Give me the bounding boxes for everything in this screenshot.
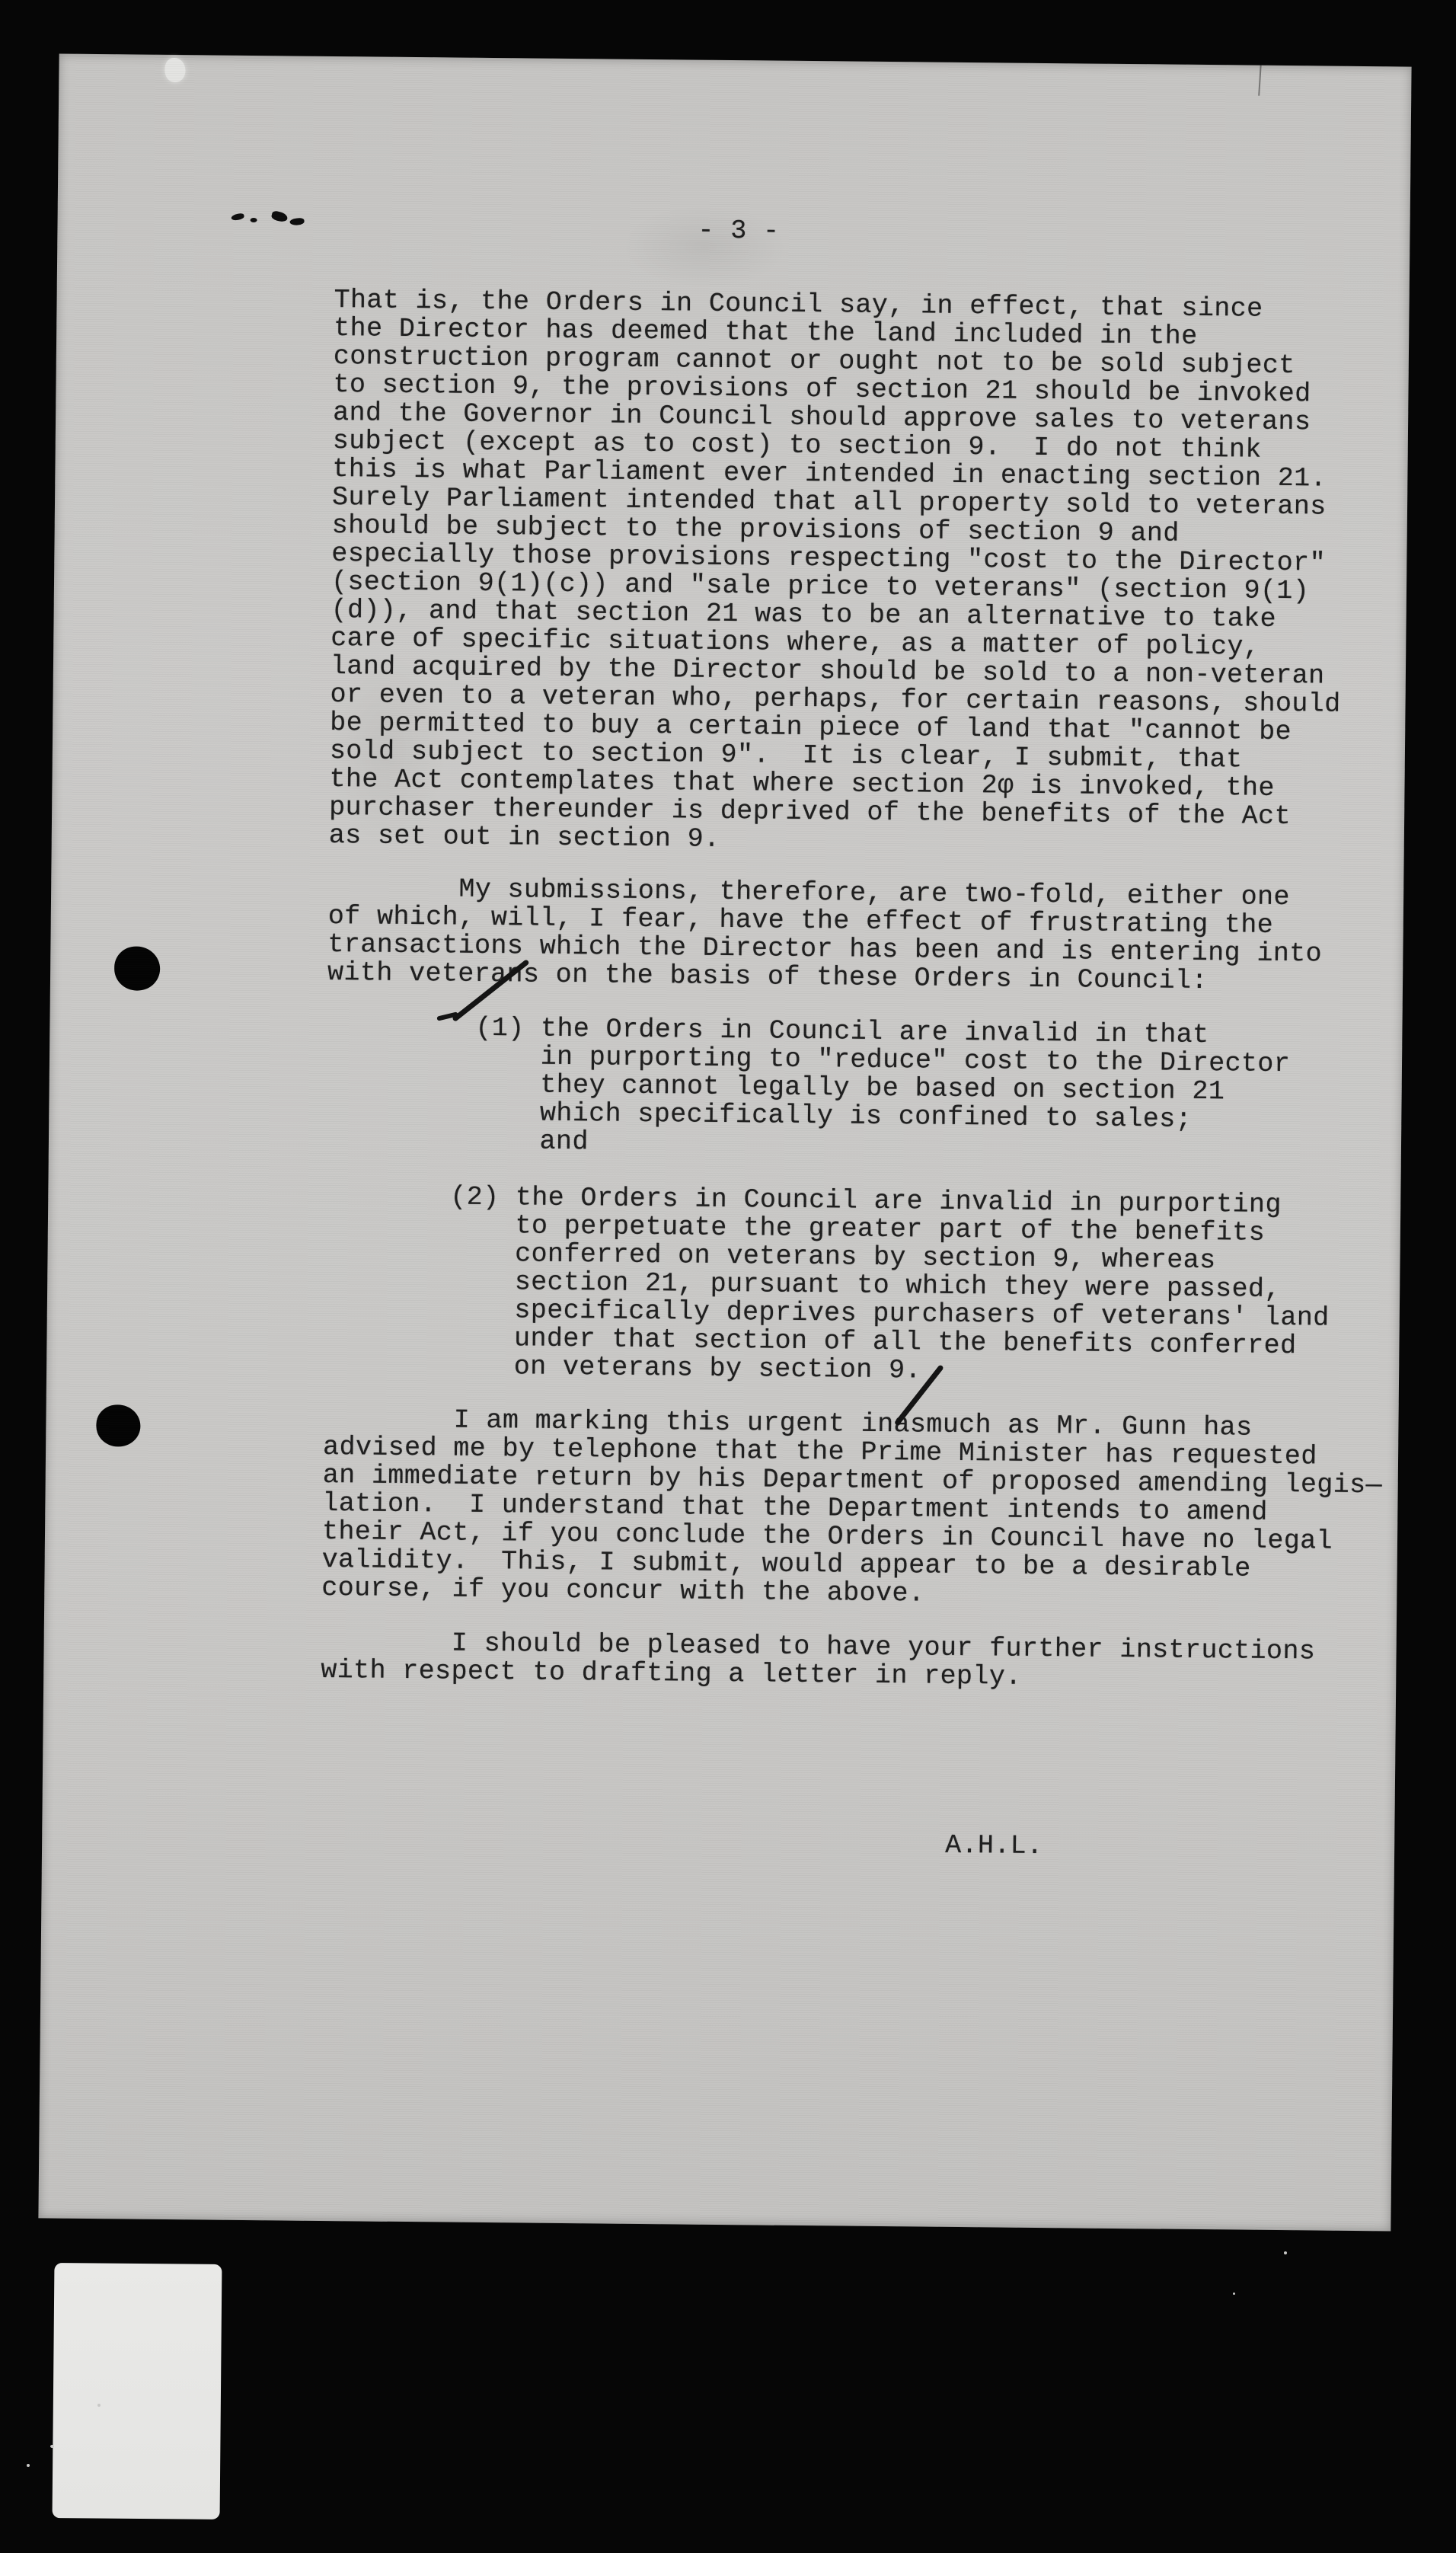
document-page: - 3 - That is, the Orders in Council say… xyxy=(38,54,1411,2232)
paragraph-orders-in-council: That is, the Orders in Council say, in e… xyxy=(329,286,1345,860)
ink-smudge xyxy=(289,218,305,226)
dust-speck xyxy=(50,2445,54,2448)
ink-smudge xyxy=(251,218,257,222)
ink-smudge xyxy=(270,210,288,223)
list-item-2: (2) the Orders in Council are invalid in… xyxy=(449,1184,1330,1389)
dust-speck xyxy=(1233,2293,1235,2295)
paper-bright-spot xyxy=(164,58,185,82)
paragraph-marking-urgent: I am marking this urgent inasmuch as Mr.… xyxy=(321,1405,1383,1612)
dust-speck xyxy=(27,2464,30,2467)
white-label-card xyxy=(53,2263,222,2519)
list-item-1: (1) the Orders in Council are invalid in… xyxy=(474,1014,1291,1163)
dust-speck xyxy=(97,2404,101,2407)
page-number: - 3 - xyxy=(698,217,779,246)
hole-punch-dot xyxy=(114,946,161,991)
ink-smudge xyxy=(231,212,244,221)
typed-initials: A.H.L. xyxy=(945,1832,1043,1861)
scan-scratch xyxy=(1258,66,1261,96)
paragraph-closing: I should be pleased to have your further… xyxy=(321,1628,1315,1695)
hole-punch-dot xyxy=(96,1404,141,1447)
dust-speck xyxy=(1284,2251,1287,2254)
paragraph-my-submissions: My submissions, therefore, are two-fold,… xyxy=(327,874,1323,997)
document-body: That is, the Orders in Council say, in e… xyxy=(59,54,1412,67)
